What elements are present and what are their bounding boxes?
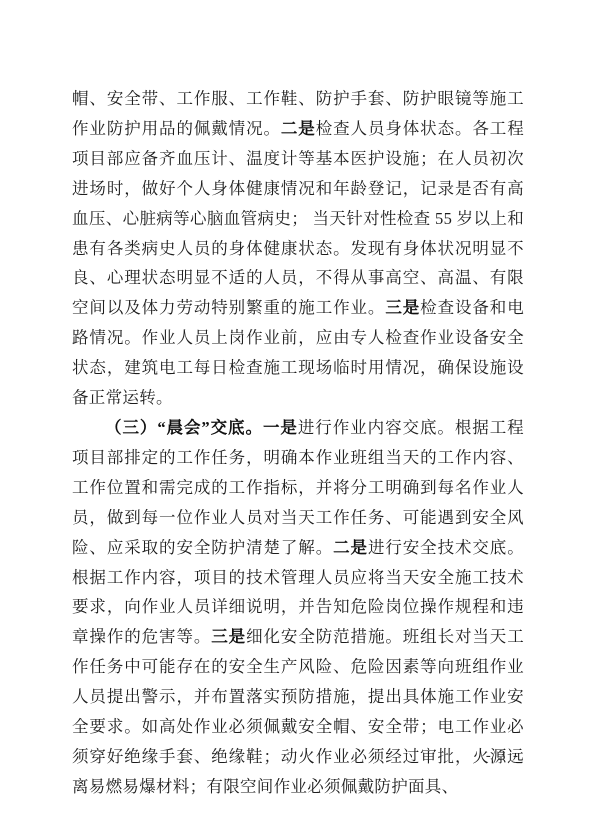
subsection-heading: （三）“晨会”交底。 bbox=[105, 418, 263, 437]
paragraph-chenhui-jiaodi: （三）“晨会”交底。一是进行作业内容交底。根据工程项目部排定的工作任务，明确本作… bbox=[72, 413, 524, 802]
run-in-heading-ershi: 二是 bbox=[281, 119, 316, 138]
body-text: 检查人员身体状态。各工程项目部应备齐血压计、温度计等基本医护设施；在人员初次进场… bbox=[72, 119, 524, 317]
document-body: 帽、安全带、工作服、工作鞋、防护手套、防护眼镜等施工作业防护用品的佩戴情况。二是… bbox=[72, 84, 524, 802]
run-in-heading-sanshi: 三是 bbox=[385, 298, 420, 317]
body-text: 细化安全防范措施。班组长对当天工作任务中可能存在的安全生产风险、危险因素等向班组… bbox=[72, 627, 524, 796]
document-page: 帽、安全带、工作服、工作鞋、防护手套、防护眼镜等施工作业防护用品的佩戴情况。二是… bbox=[0, 0, 592, 837]
run-in-heading-ershi: 二是 bbox=[333, 538, 368, 557]
page-number: - 3 - bbox=[486, 748, 520, 765]
body-text: 进行作业内容交底。根据工程项目部排定的工作任务，明确本作业班组当天的工作内容、工… bbox=[72, 418, 524, 557]
run-in-heading-yishi: 一是 bbox=[263, 418, 298, 437]
run-in-heading-sanshi: 三是 bbox=[211, 627, 246, 646]
paragraph-continuation: 帽、安全带、工作服、工作鞋、防护手套、防护眼镜等施工作业防护用品的佩戴情况。二是… bbox=[72, 84, 524, 413]
